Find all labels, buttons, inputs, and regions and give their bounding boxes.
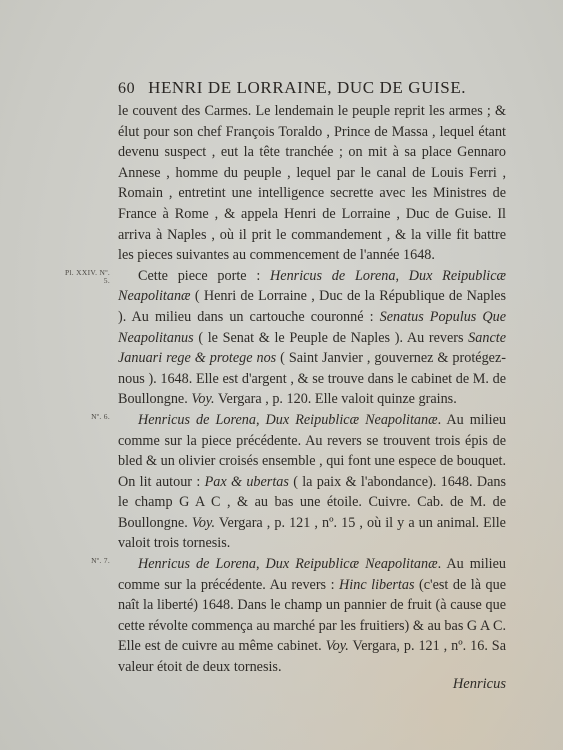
italic-text: Henricus de Lorena [138, 556, 256, 572]
book-page: 60 HENRI DE LORRAINE, DUC DE GUISE. le c… [0, 0, 563, 750]
text: , [256, 556, 266, 572]
paragraph-text: Cette piece porte : Henricus de Lorena, … [118, 268, 506, 408]
italic-text: Hinc libertas [339, 577, 414, 593]
italic-text: Pax & ubertas [205, 474, 289, 490]
margin-note: Nº. 6. [60, 413, 110, 421]
italic-text: Henricus de Lorena [138, 412, 256, 428]
margin-note: Nº. 7. [60, 557, 110, 565]
paragraph-intro: le couvent des Carmes. Le lendemain le p… [118, 101, 506, 266]
italic-text: Dux Reipublicæ Neapolitanæ [266, 556, 438, 572]
page-title: HENRI DE LORRAINE, DUC DE GUISE. [148, 78, 466, 97]
page-number: 60 [118, 80, 135, 97]
paragraph-no7: Nº. 7. Henricus de Lorena, Dux Reipublic… [118, 554, 506, 678]
text: , [395, 268, 408, 284]
text: Cette piece porte : [138, 268, 270, 284]
text: , [256, 412, 266, 428]
italic-text: Voy. [326, 638, 349, 654]
italic-text: Voy. [191, 391, 214, 407]
paragraph-no6: Nº. 6. Henricus de Lorena, Dux Reipublic… [118, 410, 506, 554]
paragraph-text: Henricus de Lorena, Dux Reipublicæ Neapo… [118, 556, 506, 675]
margin-note: Pl. XXIV. Nº. 5. [60, 269, 110, 285]
text: Vergara , p. 120. Elle valoit quinze gra… [215, 391, 457, 407]
italic-text: Dux Reipublicæ Neapolitanæ [266, 412, 438, 428]
paragraph-text: Henricus de Lorena, Dux Reipublicæ Neapo… [118, 412, 506, 552]
paragraph-no5: Pl. XXIV. Nº. 5. Cette piece porte : Hen… [118, 266, 506, 410]
body-text: le couvent des Carmes. Le lendemain le p… [118, 101, 506, 678]
text: ( le Senat & le Peuple de Naples ). Au r… [194, 330, 469, 346]
italic-text: Voy. [192, 515, 215, 531]
running-head: 60 HENRI DE LORRAINE, DUC DE GUISE. [118, 78, 466, 98]
italic-text: Henricus de Lorena [270, 268, 395, 284]
catchword: Henricus [453, 676, 506, 693]
